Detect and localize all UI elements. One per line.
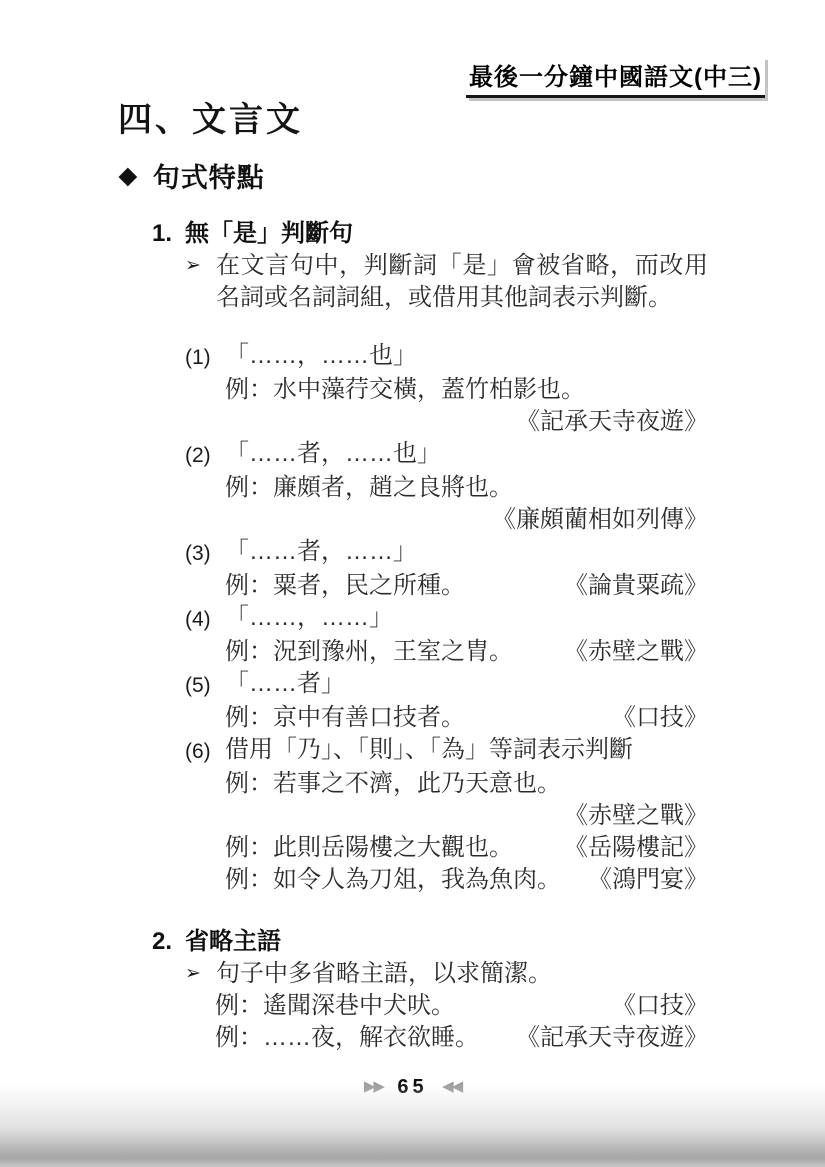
example-row: 例：如令人為刀俎，我為魚肉。 《鴻門宴》 xyxy=(225,864,708,896)
example-row: 例：遙聞深巷中犬吠。 《口技》 xyxy=(215,990,708,1022)
pattern-text: 「……者，……也」 xyxy=(225,438,708,472)
topic-number: 2. xyxy=(152,926,185,958)
note-text: 句子中多省略主語，以求簡潔。 xyxy=(216,958,708,990)
example-source: 《記承天寺夜遊》 xyxy=(516,1022,708,1054)
pattern-text: 「……，……也」 xyxy=(225,340,708,374)
page-bottom-shadow xyxy=(0,1085,825,1167)
pattern-label-row: (4) 「……，……」 xyxy=(185,602,708,636)
example-text: 例：京中有善口技者。 xyxy=(225,702,465,734)
pattern-text: 借用「乃」、「則」、「為」等詞表示判斷 xyxy=(225,734,708,768)
page-content: 1. 無「是」判斷句 ➢ 在文言句中，判斷詞「是」會被省略，而改用名詞或名詞詞組… xyxy=(152,218,708,1054)
section-heading-label: 句式特點 xyxy=(153,156,265,195)
example-text: 例：如令人為刀俎，我為魚肉。 xyxy=(225,864,561,896)
topic-1-heading: 1. 無「是」判斷句 xyxy=(152,218,708,250)
pattern-text: 「……，……」 xyxy=(225,602,708,636)
pattern-label-row: (2) 「……者，……也」 xyxy=(185,438,708,472)
pattern-2: (2) 「……者，……也」 例：廉頗者，趙之良將也。 《廉頗藺相如列傳》 xyxy=(185,438,708,536)
example-row: 例：粟者，民之所種。 《論貴粟疏》 xyxy=(225,570,708,602)
book-title: 最後一分鐘中國語文(中三) xyxy=(466,57,765,98)
pattern-label-row: (3) 「……者，……」 xyxy=(185,536,708,570)
pattern-number: (6) xyxy=(185,734,225,768)
example-text: 例：若事之不濟，此乃天意也。 xyxy=(225,768,561,800)
example-text: 例：此則岳陽樓之大觀也。 xyxy=(225,832,513,864)
example-row: 例：……夜，解衣欲睡。 《記承天寺夜遊》 xyxy=(215,1022,708,1054)
example-source: 《赤壁之戰》 xyxy=(564,800,708,832)
example-text: 例：遙聞深巷中犬吠。 xyxy=(215,990,455,1022)
example-text: 例：……夜，解衣欲睡。 xyxy=(215,1022,479,1054)
topic-title: 省略主語 xyxy=(185,926,281,958)
pattern-number: (1) xyxy=(185,340,225,374)
arrow-bullet-icon: ➢ xyxy=(185,958,216,990)
pattern-1: (1) 「……，……也」 例：水中藻荇交橫，蓋竹柏影也。 《記承天寺夜遊》 xyxy=(185,340,708,438)
example-text: 例：水中藻荇交橫，蓋竹柏影也。 xyxy=(225,374,585,406)
pattern-number: (3) xyxy=(185,536,225,570)
example-source: 《口技》 xyxy=(612,702,708,734)
pattern-text: 「……者，……」 xyxy=(225,536,708,570)
example-source: 《記承天寺夜遊》 xyxy=(516,406,708,438)
pattern-number: (2) xyxy=(185,438,225,472)
example-row: 例：若事之不濟，此乃天意也。 xyxy=(225,768,708,800)
diamond-bullet-icon: ◆ xyxy=(119,162,138,189)
topic-2-note: ➢ 句子中多省略主語，以求簡潔。 xyxy=(185,958,708,990)
topic-2-examples: 例：遙聞深巷中犬吠。 《口技》 例：……夜，解衣欲睡。 《記承天寺夜遊》 xyxy=(215,990,708,1054)
example-row: 《赤壁之戰》 xyxy=(225,800,708,832)
example-text: 例：粟者，民之所種。 xyxy=(225,570,465,602)
arrow-bullet-icon: ➢ xyxy=(185,250,216,314)
example-row: 《記承天寺夜遊》 xyxy=(225,406,708,438)
topic-number: 1. xyxy=(152,218,185,250)
note-text: 在文言句中，判斷詞「是」會被省略，而改用名詞或名詞詞組，或借用其他詞表示判斷。 xyxy=(216,250,708,314)
pattern-list: (1) 「……，……也」 例：水中藻荇交橫，蓋竹柏影也。 《記承天寺夜遊》 (2… xyxy=(185,340,708,896)
pattern-label-row: (5) 「……者」 xyxy=(185,668,708,702)
pattern-6: (6) 借用「乃」、「則」、「為」等詞表示判斷 例：若事之不濟，此乃天意也。 《… xyxy=(185,734,708,896)
pattern-5: (5) 「……者」 例：京中有善口技者。 《口技》 xyxy=(185,668,708,734)
example-row: 《廉頗藺相如列傳》 xyxy=(225,504,708,536)
topic-2: 2. 省略主語 ➢ 句子中多省略主語，以求簡潔。 例：遙聞深巷中犬吠。 《口技》… xyxy=(152,926,708,1054)
topic-1-note: ➢ 在文言句中，判斷詞「是」會被省略，而改用名詞或名詞詞組，或借用其他詞表示判斷… xyxy=(185,250,708,314)
topic-2-heading: 2. 省略主語 xyxy=(152,926,708,958)
topic-1: 1. 無「是」判斷句 ➢ 在文言句中，判斷詞「是」會被省略，而改用名詞或名詞詞組… xyxy=(152,218,708,896)
page-header: 最後一分鐘中國語文(中三) xyxy=(466,57,765,98)
example-text: 例：況到豫州，王室之胄。 xyxy=(225,636,513,668)
example-row: 例：況到豫州，王室之胄。 《赤壁之戰》 xyxy=(225,636,708,668)
example-source: 《赤壁之戰》 xyxy=(564,636,708,668)
example-row: 例：廉頗者，趙之良將也。 xyxy=(225,472,708,504)
example-row: 例：京中有善口技者。 《口技》 xyxy=(225,702,708,734)
example-row: 例：水中藻荇交橫，蓋竹柏影也。 xyxy=(225,374,708,406)
pattern-3: (3) 「……者，……」 例：粟者，民之所種。 《論貴粟疏》 xyxy=(185,536,708,602)
pattern-4: (4) 「……，……」 例：況到豫州，王室之胄。 《赤壁之戰》 xyxy=(185,602,708,668)
section-heading: ◆ 句式特點 xyxy=(119,156,265,195)
pattern-text: 「……者」 xyxy=(225,668,708,702)
example-source: 《論貴粟疏》 xyxy=(564,570,708,602)
pattern-label-row: (1) 「……，……也」 xyxy=(185,340,708,374)
scanned-page: 最後一分鐘中國語文(中三) 四、文言文 ◆ 句式特點 1. 無「是」判斷句 ➢ … xyxy=(0,0,825,1167)
pattern-number: (4) xyxy=(185,602,225,636)
example-source: 《廉頗藺相如列傳》 xyxy=(492,504,708,536)
pattern-number: (5) xyxy=(185,668,225,702)
pattern-label-row: (6) 借用「乃」、「則」、「為」等詞表示判斷 xyxy=(185,734,708,768)
topic-title: 無「是」判斷句 xyxy=(185,218,353,250)
example-source: 《口技》 xyxy=(612,990,708,1022)
example-text: 例：廉頗者，趙之良將也。 xyxy=(225,472,513,504)
chapter-title: 四、文言文 xyxy=(118,92,303,141)
example-source: 《鴻門宴》 xyxy=(588,864,708,896)
example-source: 《岳陽樓記》 xyxy=(564,832,708,864)
example-row: 例：此則岳陽樓之大觀也。 《岳陽樓記》 xyxy=(225,832,708,864)
